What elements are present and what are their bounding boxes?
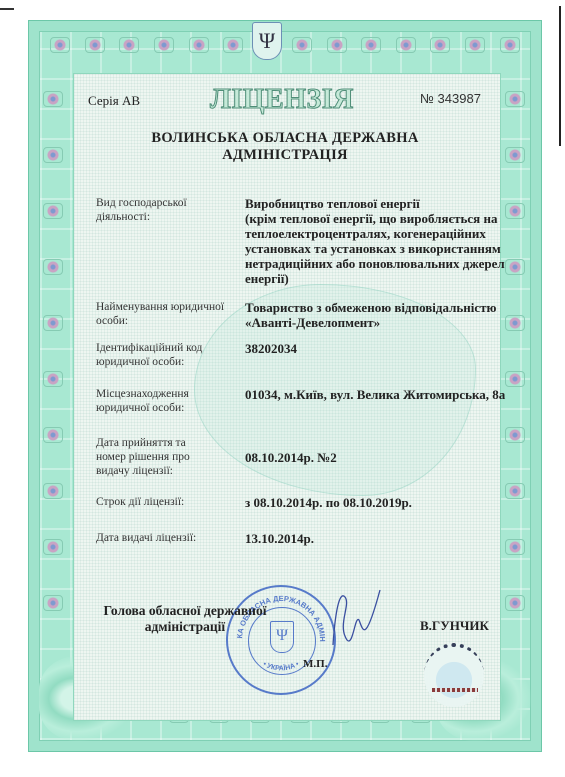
official-seal: ВОЛИНСЬКА ОБЛАСНА ДЕРЖАВНА АДМІНІСТРАЦІЯ…: [226, 585, 336, 695]
ornament-motif: [43, 483, 63, 499]
signatory-position: Голова обласної державної адміністрації: [100, 603, 270, 635]
ornament-motif: [505, 595, 525, 611]
ornament-motif: [361, 37, 381, 53]
ornament-motif: [327, 37, 347, 53]
field-value: 13.10.2014р.: [245, 531, 535, 546]
ornament-motif: [43, 147, 63, 163]
field-label: Вид господарської діяльності:: [96, 196, 226, 224]
field-label: Найменування юридичної особи:: [96, 300, 226, 328]
emblem-icon: [424, 643, 484, 707]
ornament-motif: [189, 37, 209, 53]
field-label: Ідентифікаційний код юридичної особи:: [96, 341, 226, 369]
ornament-motif: [154, 37, 174, 53]
ornament-motif: [43, 203, 63, 219]
ornament-motif: [119, 37, 139, 53]
field-label: Дата прийняття та номер рішення про вида…: [96, 436, 206, 478]
ornament-motif: [465, 37, 485, 53]
ornament-motif: [505, 147, 525, 163]
ornament-motif: [43, 539, 63, 555]
field-value: з 08.10.2014р. по 08.10.2019р.: [245, 495, 535, 510]
ornament-motif: [505, 427, 525, 443]
field-value: Товариство з обмеженою відповідальністю«…: [245, 300, 535, 330]
ornament-motif: [505, 371, 525, 387]
ornament-motif: [396, 37, 416, 53]
field-label: Місцезнаходження юридичної особи:: [96, 387, 226, 415]
ornament-motif: [43, 371, 63, 387]
trident-coat-of-arms-icon: Ψ: [252, 22, 282, 60]
series-label: Серія АВ: [88, 93, 140, 109]
ornament-motif: [43, 315, 63, 331]
ornament-motif: [223, 37, 243, 53]
ornament-motif: [50, 37, 70, 53]
stamp-mark: М.П.: [303, 658, 327, 670]
scan-edge-mark: [0, 8, 14, 10]
document-title: ЛІЦЕНЗІЯ: [210, 84, 354, 116]
issuer-line: ВОЛИНСЬКА ОБЛАСНА ДЕРЖАВНА: [100, 130, 470, 147]
ornament-motif: [85, 37, 105, 53]
issuing-authority: ВОЛИНСЬКА ОБЛАСНА ДЕРЖАВНА АДМІНІСТРАЦІЯ: [100, 130, 470, 164]
ornament-motif: [43, 91, 63, 107]
field-value: 38202034: [245, 341, 535, 356]
ornament-motif: [43, 595, 63, 611]
license-number: № 343987: [420, 91, 481, 106]
trident-coat-of-arms-icon: Ψ: [270, 621, 294, 653]
position-line: адміністрації: [100, 619, 270, 635]
position-line: Голова обласної державної: [100, 603, 270, 619]
ornament-motif: [430, 37, 450, 53]
signatory-name: В.ГУНЧИК: [420, 618, 489, 634]
ornament-motif: [500, 37, 520, 53]
ornament-motif: [43, 427, 63, 443]
ornament-motif: [43, 259, 63, 275]
ornament-row-top: [43, 37, 527, 59]
field-label: Дата видачі ліцензії:: [96, 531, 206, 545]
field-value: Виробництво теплової енергії(крім теплов…: [245, 196, 535, 286]
ornament-motif: [292, 37, 312, 53]
issuer-line: АДМІНІСТРАЦІЯ: [100, 147, 470, 164]
field-value: 08.10.2014р. №2: [245, 450, 535, 465]
ornament-column-left: [43, 71, 65, 631]
scan-edge-mark: [559, 6, 561, 146]
ornament-motif: [505, 91, 525, 107]
handwritten-signature: [325, 585, 385, 655]
emblem-ribbon: [432, 688, 478, 692]
field-label: Строк дії ліцензії:: [96, 495, 226, 509]
field-value: 01034, м.Київ, вул. Велика Житомирська, …: [245, 387, 535, 402]
